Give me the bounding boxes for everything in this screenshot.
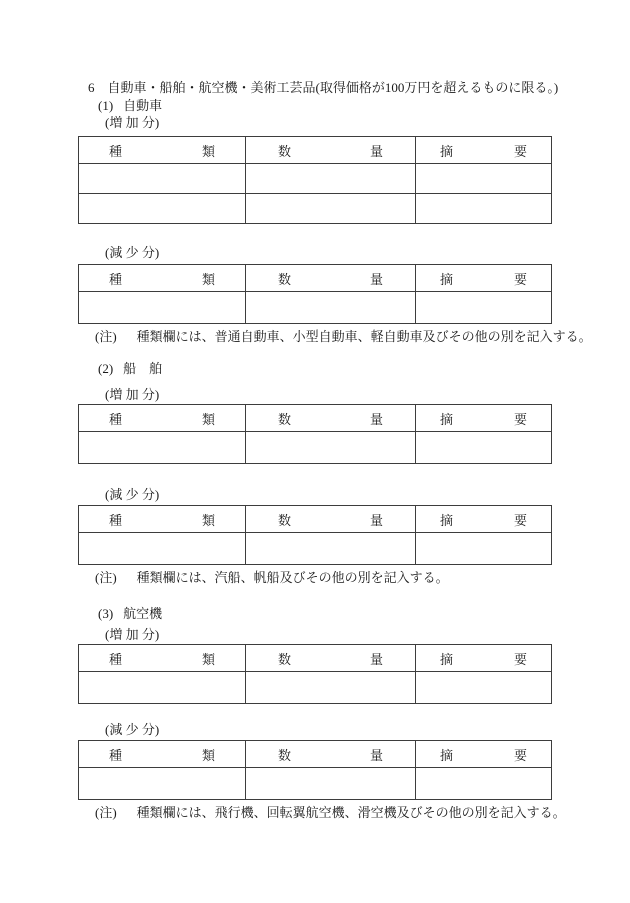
header-remarks-left-char: 摘: [440, 141, 453, 160]
section-2-name: 船 舶: [123, 361, 162, 376]
header-cell-type: 種類: [79, 137, 246, 164]
section-3-name: 航空機: [123, 606, 162, 621]
header-remarks-right-char: 要: [514, 510, 527, 529]
section-1-decrease-table: 種類 数量 摘要: [78, 264, 552, 324]
header-type-right-char: 類: [202, 649, 215, 668]
header-quantity-right-char: 量: [370, 745, 383, 764]
section-1-note: (注)種類欄には、普通自動車、小型自動車、軽自動車及びその他の別を記入する。: [95, 330, 592, 344]
document-page: 6 自動車・船舶・航空機・美術工芸品(取得価格が100万円を超えるものに限る。)…: [0, 0, 630, 903]
header-quantity-left-char: 数: [278, 269, 291, 288]
header-remarks-right-char: 要: [514, 745, 527, 764]
header-quantity-right-char: 量: [370, 510, 383, 529]
empty-cell-type: [79, 432, 246, 464]
header-quantity-left-char: 数: [278, 745, 291, 764]
header-cell-type: 種類: [79, 645, 246, 672]
section-1-increase-label: (増 加 分): [105, 116, 159, 130]
section-1-number: (1): [98, 98, 113, 113]
header-type-right-char: 類: [202, 141, 215, 160]
note-text: 種類欄には、汽船、帆船及びその他の別を記入する。: [137, 570, 449, 585]
note-prefix: (注): [95, 570, 117, 585]
header-type-left-char: 種: [109, 510, 122, 529]
section-2-increase-label: (増 加 分): [105, 388, 159, 402]
empty-row: [79, 432, 552, 464]
header-quantity-left-char: 数: [278, 141, 291, 160]
header-quantity-right-char: 量: [370, 269, 383, 288]
header-cell-type: 種類: [79, 405, 246, 432]
note-text: 種類欄には、飛行機、回転翼航空機、滑空機及びその他の別を記入する。: [137, 805, 566, 820]
empty-row: [79, 292, 552, 324]
empty-cell-remarks: [416, 432, 552, 464]
empty-cell-type: [79, 533, 246, 565]
note-prefix: (注): [95, 805, 117, 820]
header-cell-quantity: 数量: [246, 645, 416, 672]
empty-cell-type: [79, 164, 246, 194]
section-2-decrease-label: (減 少 分): [105, 488, 159, 502]
header-cell-remarks: 摘要: [416, 265, 552, 292]
empty-cell-remarks: [416, 292, 552, 324]
table-header-row: 種類 数量 摘要: [79, 137, 552, 164]
header-quantity-left-char: 数: [278, 649, 291, 668]
header-type-left-char: 種: [109, 745, 122, 764]
section-3-increase-label: (増 加 分): [105, 628, 159, 642]
note-prefix: (注): [95, 329, 117, 344]
empty-cell-quantity: [246, 533, 416, 565]
empty-cell-remarks: [416, 672, 552, 704]
header-cell-remarks: 摘要: [416, 506, 552, 533]
header-remarks-right-char: 要: [514, 141, 527, 160]
header-cell-quantity: 数量: [246, 137, 416, 164]
section-3-number: (3): [98, 606, 113, 621]
header-cell-type: 種類: [79, 741, 246, 768]
empty-row: [79, 194, 552, 224]
empty-cell-quantity: [246, 768, 416, 800]
header-cell-type: 種類: [79, 506, 246, 533]
section-1-name: 自動車: [123, 98, 162, 113]
empty-cell-quantity: [246, 164, 416, 194]
section-3-increase-table: 種類 数量 摘要: [78, 644, 552, 704]
section-3-heading: (3)航空機: [98, 607, 162, 621]
empty-row: [79, 533, 552, 565]
section-2-heading: (2)船 舶: [98, 362, 162, 376]
header-type-left-char: 種: [109, 141, 122, 160]
header-type-left-char: 種: [109, 409, 122, 428]
header-cell-remarks: 摘要: [416, 137, 552, 164]
header-quantity-right-char: 量: [370, 649, 383, 668]
header-remarks-right-char: 要: [514, 269, 527, 288]
document-title: 6 自動車・船舶・航空機・美術工芸品(取得価格が100万円を超えるものに限る。): [88, 81, 558, 95]
header-cell-quantity: 数量: [246, 405, 416, 432]
empty-cell-quantity: [246, 672, 416, 704]
note-text: 種類欄には、普通自動車、小型自動車、軽自動車及びその他の別を記入する。: [137, 329, 592, 344]
header-quantity-left-char: 数: [278, 510, 291, 529]
header-remarks-right-char: 要: [514, 409, 527, 428]
section-2-increase-table: 種類 数量 摘要: [78, 404, 552, 464]
section-1-decrease-label: (減 少 分): [105, 246, 159, 260]
empty-cell-quantity: [246, 194, 416, 224]
header-type-right-char: 類: [202, 269, 215, 288]
header-cell-remarks: 摘要: [416, 405, 552, 432]
empty-cell-type: [79, 292, 246, 324]
section-2-number: (2): [98, 361, 113, 376]
header-cell-remarks: 摘要: [416, 741, 552, 768]
empty-cell-quantity: [246, 432, 416, 464]
empty-cell-remarks: [416, 194, 552, 224]
empty-row: [79, 672, 552, 704]
table-header-row: 種類 数量 摘要: [79, 645, 552, 672]
header-quantity-left-char: 数: [278, 409, 291, 428]
empty-cell-remarks: [416, 533, 552, 565]
header-type-left-char: 種: [109, 269, 122, 288]
table-header-row: 種類 数量 摘要: [79, 405, 552, 432]
table-header-row: 種類 数量 摘要: [79, 506, 552, 533]
empty-cell-type: [79, 194, 246, 224]
empty-row: [79, 164, 552, 194]
header-cell-type: 種類: [79, 265, 246, 292]
header-remarks-left-char: 摘: [440, 269, 453, 288]
header-type-right-char: 類: [202, 409, 215, 428]
header-quantity-right-char: 量: [370, 141, 383, 160]
header-remarks-left-char: 摘: [440, 745, 453, 764]
header-cell-quantity: 数量: [246, 506, 416, 533]
header-cell-quantity: 数量: [246, 265, 416, 292]
table-header-row: 種類 数量 摘要: [79, 265, 552, 292]
section-3-decrease-label: (減 少 分): [105, 723, 159, 737]
empty-row: [79, 768, 552, 800]
header-remarks-left-char: 摘: [440, 649, 453, 668]
section-1-heading: (1)自動車: [98, 99, 162, 113]
header-type-left-char: 種: [109, 649, 122, 668]
section-2-decrease-table: 種類 数量 摘要: [78, 505, 552, 565]
empty-cell-type: [79, 768, 246, 800]
header-remarks-left-char: 摘: [440, 510, 453, 529]
header-type-right-char: 類: [202, 510, 215, 529]
section-2-note: (注)種類欄には、汽船、帆船及びその他の別を記入する。: [95, 571, 449, 585]
header-type-right-char: 類: [202, 745, 215, 764]
empty-cell-remarks: [416, 768, 552, 800]
table-header-row: 種類 数量 摘要: [79, 741, 552, 768]
header-remarks-right-char: 要: [514, 649, 527, 668]
section-3-decrease-table: 種類 数量 摘要: [78, 740, 552, 800]
section-3-note: (注)種類欄には、飛行機、回転翼航空機、滑空機及びその他の別を記入する。: [95, 806, 566, 820]
section-1-increase-table: 種類 数量 摘要: [78, 136, 552, 224]
header-cell-quantity: 数量: [246, 741, 416, 768]
empty-cell-type: [79, 672, 246, 704]
header-remarks-left-char: 摘: [440, 409, 453, 428]
header-quantity-right-char: 量: [370, 409, 383, 428]
empty-cell-quantity: [246, 292, 416, 324]
empty-cell-remarks: [416, 164, 552, 194]
header-cell-remarks: 摘要: [416, 645, 552, 672]
